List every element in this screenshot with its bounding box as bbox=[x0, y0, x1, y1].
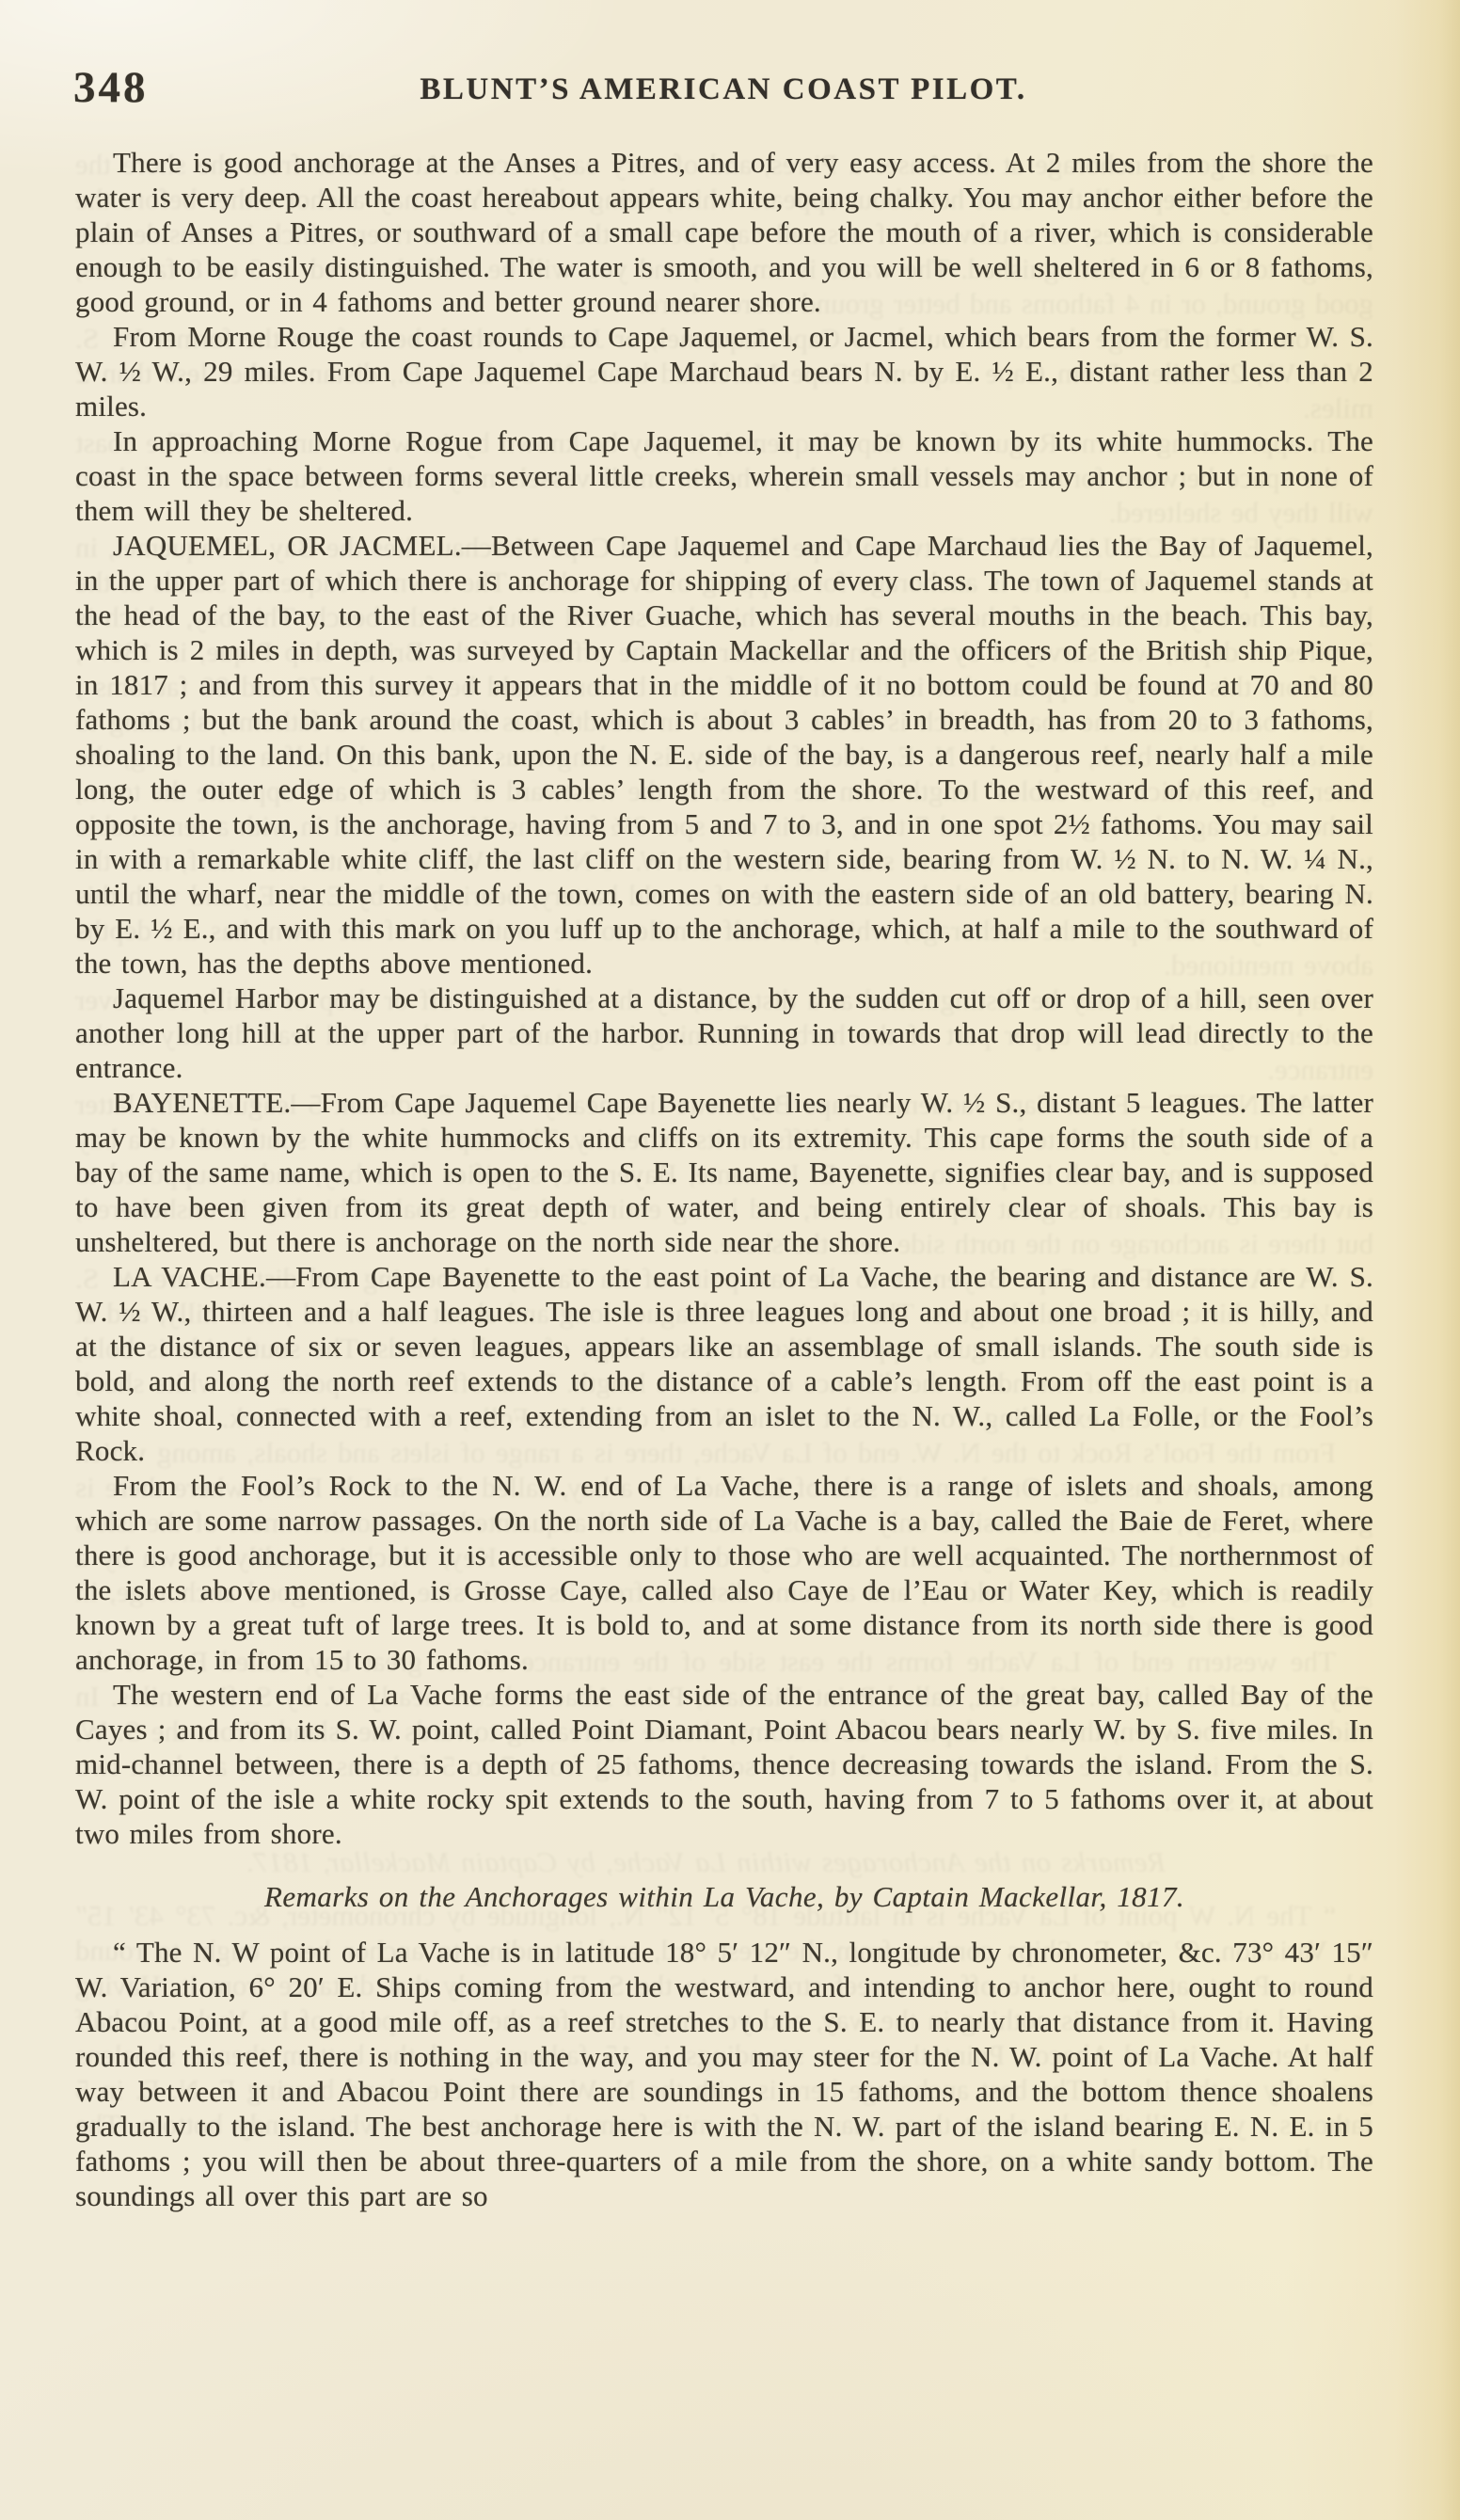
paragraph-anses-a-pitres: There is good anchorage at the Anses a P… bbox=[75, 145, 1373, 319]
paragraph-fools-rock: From the Fool’s Rock to the N. W. end of… bbox=[75, 1468, 1373, 1677]
paragraph-approaching-morne-rogue: In approaching Morne Rogue from Cape Jaq… bbox=[75, 423, 1373, 528]
section-heading-remarks: Remarks on the Anchorages within La Vach… bbox=[75, 1879, 1373, 1914]
paragraph-jaquemel: JAQUEMEL, OR JACMEL.—Between Cape Jaquem… bbox=[75, 528, 1373, 981]
paragraph-la-vache: LA VACHE.—From Cape Bayenette to the eas… bbox=[75, 1259, 1373, 1468]
page-text: There is good anchorage at the Anses a P… bbox=[75, 145, 1373, 2213]
book-page: There is good anchorage at the Anses a P… bbox=[0, 0, 1460, 2520]
paragraph-mackellar-remarks: “ The N. W point of La Vache is in latit… bbox=[75, 1935, 1373, 2213]
paragraph-bay-of-the-cayes: The western end of La Vache forms the ea… bbox=[75, 1677, 1373, 1851]
page-header: 348 BLUNT’S AMERICAN COAST PILOT. bbox=[73, 62, 1373, 113]
page-number: 348 bbox=[73, 62, 149, 113]
paragraph-jaquemel-harbor: Jaquemel Harbor may be distinguished at … bbox=[75, 981, 1373, 1085]
paragraph-bayenette: BAYENETTE.—From Cape Jaquemel Cape Bayen… bbox=[75, 1085, 1373, 1259]
paragraph-morne-rouge: From Morne Rouge the coast rounds to Cap… bbox=[75, 319, 1373, 423]
running-title: BLUNT’S AMERICAN COAST PILOT. bbox=[73, 62, 1373, 107]
